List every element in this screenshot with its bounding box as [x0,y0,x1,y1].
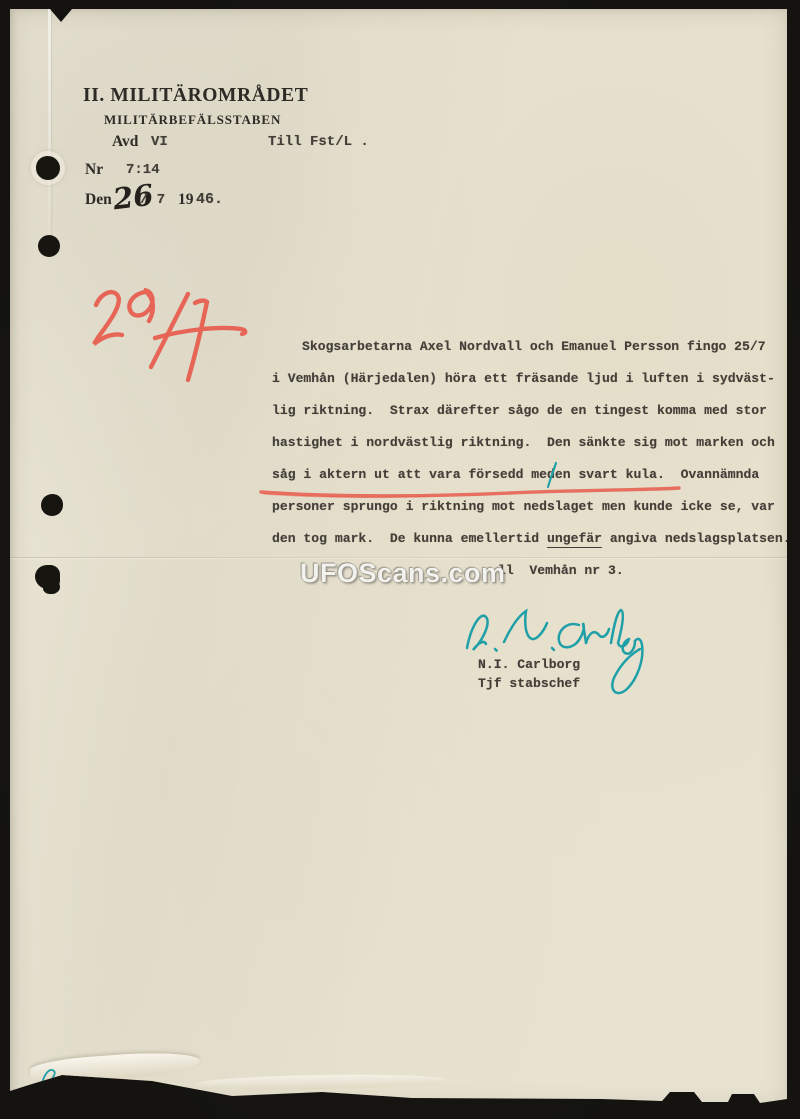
date-year-typed: 46. [196,191,223,208]
letterhead-org-line1: II. MILITÄROMRÅDET [83,85,308,107]
watermark-text: UFOScans.com [300,558,506,589]
top-edge-notch [50,9,72,22]
underlined-word: ungefär [547,531,602,548]
red-underline-mark [258,481,686,499]
letterhead-org-line2: MILITÄRBEFÄLSSTABEN [104,112,281,128]
punch-hole-4-tear [43,579,60,594]
bottom-tear-edge [195,1073,445,1091]
corrected-char: d [547,467,555,482]
number-label: Nr [85,161,103,179]
body-line-3: lig riktning. Strax därefter sågo de en … [272,403,767,418]
body-line-5-post: en svart kula. Ovannämnda [555,467,759,482]
body-line-7-pre: den tog mark. De kunna emellertid [272,531,547,546]
red-date-annotation [88,275,260,389]
punch-hole-1 [36,156,60,180]
body-line-1: Skogsarbetarna Axel Nordvall och Emanuel… [272,339,766,354]
body-line-2: i Vemhån (Härjedalen) höra ett fräsande … [272,371,775,386]
date-year-printed: 19 [178,191,194,209]
body-line-7: den tog mark. De kunna emellertid ungefä… [272,531,791,546]
body-line-4: hastighet i nordvästlig riktning. Den sä… [272,435,775,450]
body-line-8-tail: ll Vemhån nr 3. [498,563,624,578]
number-value: 7:14 [126,162,160,178]
dept-label: Avd [112,133,138,151]
signoff-name: N.I. Carlborg [478,657,580,672]
punch-hole-2 [38,235,60,257]
bottom-ink-mark [32,1059,76,1095]
body-line-5-pre: såg i aktern ut att vara försedd me [272,467,547,482]
dept-value: VI [151,134,168,150]
body-line-7-post: angiva nedslagsplatsen. [602,531,791,546]
document-paper: II. MILITÄROMRÅDET MILITÄRBEFÄLSSTABEN A… [10,9,787,1107]
body-line-6: personer sprungo i riktning mot nedslage… [272,499,775,514]
scan-background: II. MILITÄROMRÅDET MILITÄRBEFÄLSSTABEN A… [0,0,800,1119]
date-month: / 7 [140,192,165,208]
date-label: Den [85,191,112,209]
punch-hole-3 [41,494,63,516]
vertical-crease [48,9,51,241]
signoff-title: Tjf stabschef [478,676,580,691]
addressee-line: Till Fst/L . [268,134,369,150]
body-line-5: såg i aktern ut att vara försedd meden s… [272,467,759,482]
